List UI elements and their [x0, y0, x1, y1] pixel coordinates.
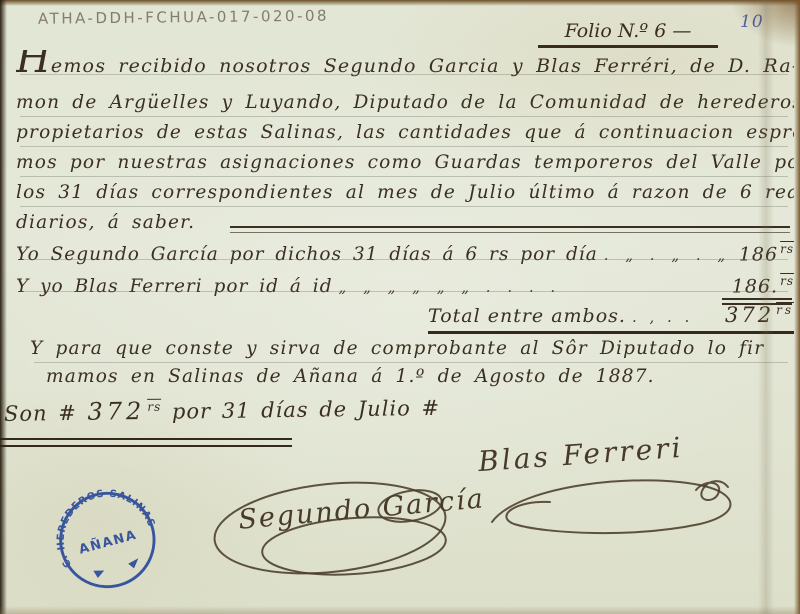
receipt-line-5: los 31 días correspondientes al mes de J… [16, 182, 794, 212]
receipt-line-3: propietarios de estas Salinas, las canti… [16, 122, 794, 152]
scan-edge-left [0, 0, 7, 614]
archival-code: ATHA-DDH-FCHUA-017-020-08 [38, 6, 368, 27]
note-prefix: Son # [4, 401, 77, 426]
receipt-item-row: Y yo Blas Ferreri por id á id „ „ „ „ „ … [16, 274, 794, 297]
scanned-document-page: ATHA-DDH-FCHUA-017-020-08 Folio N.º 6 — … [0, 0, 800, 614]
receipt-line-1: Hemos recibido nosotros Segundo Garcia y… [16, 50, 794, 80]
dot-leader: . „ . „ . „ , [598, 246, 739, 264]
folio-heading: Folio N.º 6 — [538, 20, 718, 48]
receipt-line-6: diarios, á saber. [16, 212, 236, 242]
stamp-mark-icon [93, 568, 105, 579]
closing-line-1: Y para que conste y sirva de comprobante… [30, 338, 794, 368]
ruled-divider [230, 226, 790, 233]
paper-fold-shadow [758, 0, 774, 614]
signature-flourish-segundo [206, 468, 456, 588]
note-double-underline [0, 438, 292, 447]
stamp-ring-text: C. HEREDEROS SALINAS [42, 475, 161, 570]
amount-unit: rs [147, 400, 161, 414]
heirs-community-stamp: C. HEREDEROS SALINAS AÑANA [41, 473, 175, 612]
stamp-mark-icon [128, 558, 141, 569]
dot-leader: . , . . [626, 308, 725, 326]
svg-text:C. HEREDEROS SALINAS: C. HEREDEROS SALINAS [42, 475, 161, 570]
scan-edge-bottom [0, 606, 800, 614]
closing-line-2: mamos en Salinas de Añana á 1.º de Agost… [46, 366, 800, 396]
total-label: Total entre ambos. [428, 305, 626, 327]
scan-edge-top [0, 0, 800, 6]
amount-note: Son # 372rs por 31 días de Julio # [4, 393, 424, 427]
receipt-item-row: Yo Segundo García por dichos 31 días á 6… [16, 242, 794, 265]
amount-unit: rs [780, 274, 794, 288]
receipt-line-4: mos por nuestras asignaciones como Guard… [16, 152, 794, 182]
signature-flourish-blas [484, 472, 760, 542]
dot-leader: „ „ „ „ „ „ . . . . [333, 278, 732, 296]
note-amount: 372 [87, 397, 145, 426]
amount-unit: rs [776, 303, 794, 317]
stamp-center-text: AÑANA [77, 527, 139, 558]
note-suffix: por 31 días de Julio # [172, 396, 440, 424]
scan-edge-right [794, 0, 800, 614]
total-row: Total entre ambos. . , . . 372rs [428, 303, 794, 334]
item-text: Y yo Blas Ferreri por id á id [16, 276, 333, 297]
amount-unit: rs [780, 242, 794, 256]
item-text: Yo Segundo García por dichos 31 días á 6… [16, 244, 598, 265]
receipt-line-2: mon de Argüelles y Luyando, Diputado de … [16, 92, 794, 122]
